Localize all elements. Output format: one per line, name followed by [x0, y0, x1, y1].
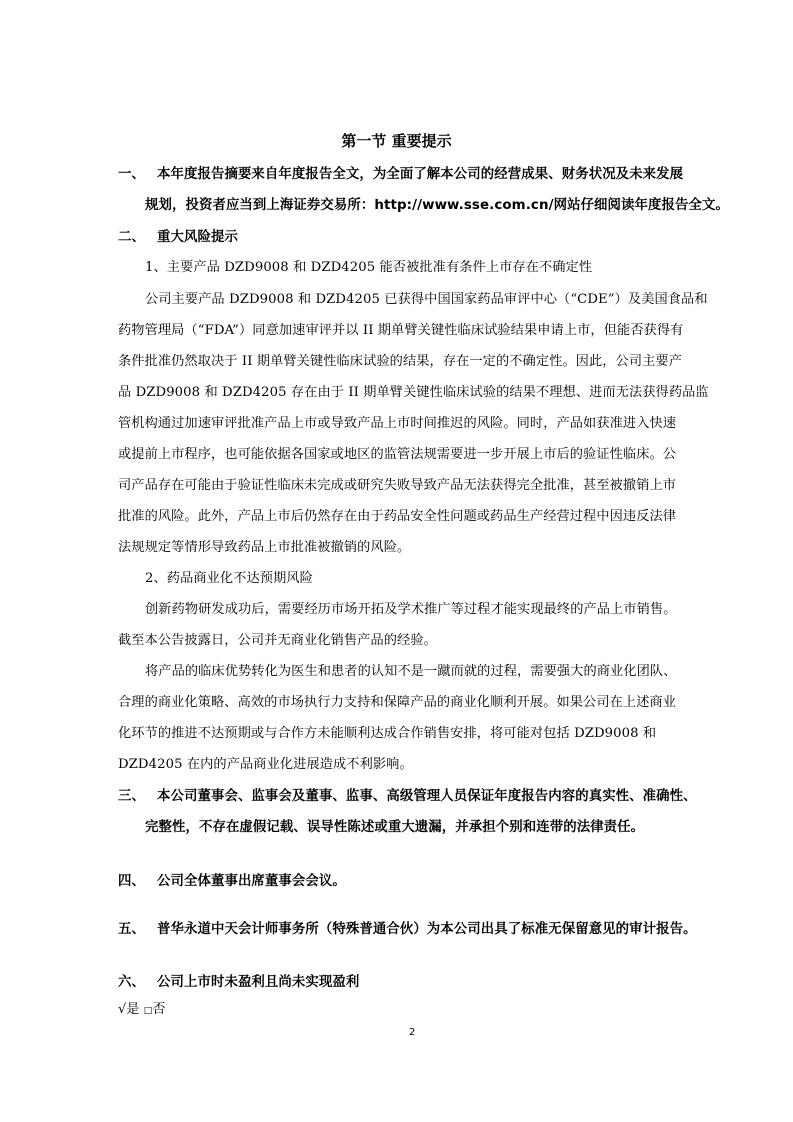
subsection-2-heading: 2、药品商业化不达预期风险 [145, 567, 313, 586]
section-1-line-1: 本年度报告摘要来自年度报告全文，为全面了解本公司的经营成果、财务状况及未来发展 [157, 163, 683, 182]
subsection-2-para1-line-2: 截至本公告披露日，公司并无商业化销售产品的经验。 [118, 629, 437, 648]
section-3-line-2: 完整性，不存在虚假记载、误导性陈述或重大遗漏，并承担个别和连带的法律责任。 [145, 816, 644, 835]
no-option-label: 否 [152, 1002, 165, 1017]
document-page: 第一节 重要提示 一、 本年度报告摘要来自年度报告全文，为全面了解本公司的经营成… [0, 0, 793, 1122]
section-6-number: 六、 [118, 971, 145, 990]
subsection-1-line-6: 或提前上市程序，也可能依据各国家或地区的监管法规需要进一步开展上市后的验证性临床… [118, 443, 676, 462]
subsection-2-para2-line-3: 化环节的推进不达预期或与合作方未能顺利达成合作销售安排，将可能对包括 DZD90… [118, 722, 656, 741]
subsection-2-para1-line-1: 创新药物研发成功后，需要经历市场开拓及学术推广等过程才能实现最终的产品上市销售。 [145, 598, 677, 617]
section-4-line-1: 公司全体董事出席董事会会议。 [157, 870, 346, 889]
section-1-line-2: 规划，投资者应当到上海证券交易所：http://www.sse.com.cn/网… [145, 194, 729, 213]
subsection-1-heading: 1、主要产品 DZD9008 和 DZD4205 能否被批准有条件上市存在不确定… [145, 256, 592, 275]
subsection-1-line-7: 司产品存在可能由于验证性临床未完成或研究失败导致产品无法获得完全批准，甚至被撤销… [118, 474, 676, 493]
page-number: 2 [409, 1027, 415, 1038]
section-5-number: 五、 [118, 918, 145, 937]
yes-option-label: 是 [126, 1002, 139, 1017]
section-6-line-1: 公司上市时未盈利且尚未实现盈利 [157, 971, 359, 990]
section-3-line-1: 本公司董事会、监事会及董事、监事、高级管理人员保证年度报告内容的真实性、准确性、 [157, 785, 697, 804]
subsection-1-line-9: 法规规定等情形导致药品上市批准被撤销的风险。 [118, 536, 410, 555]
section-5-line-1: 普华永道中天会计师事务所（特殊普通合伙）为本公司出具了标准无保留意见的审计报告。 [157, 918, 697, 937]
subsection-2-para2-line-1: 将产品的临床优势转化为医生和患者的认知不是一蹴而就的过程，需要强大的商业化团队、 [145, 660, 677, 679]
subsection-1-line-4: 品 DZD9008 和 DZD4205 存在由于 II 期单臂关键性临床试验的结… [118, 381, 709, 400]
section-3-number: 三、 [118, 785, 145, 804]
subsection-1-line-3: 条件批准仍然取决于 II 期单臂关键性临床试验的结果，存在一定的不确定性。因此，… [118, 350, 682, 369]
page-title: 第一节 重要提示 [0, 130, 793, 151]
subsection-2-para2-line-2: 合理的商业化策略、高效的市场执行力支持和保障产品的商业化顺利开展。如果公司在上述… [118, 691, 676, 710]
subsection-1-line-8: 批准的风险。此外，产品上市后仍然存在由于药品安全性问题或药品生产经营过程中因违反… [118, 505, 676, 524]
profitability-options: √是 □否 [118, 998, 165, 1017]
section-1-number: 一、 [118, 163, 145, 182]
subsection-1-line-2: 药物管理局（“FDA”）同意加速审评并以 II 期单臂关键性临床试验结果申请上市… [118, 319, 683, 338]
subsection-1-line-5: 管机构通过加速审评批准产品上市或导致产品上市时间推迟的风险。同时，产品如获准进入… [118, 412, 676, 431]
section-2-heading: 重大风险提示 [157, 226, 238, 245]
section-4-number: 四、 [118, 870, 145, 889]
subsection-2-para2-line-4: DZD4205 在内的产品商业化进展造成不利影响。 [118, 753, 413, 772]
subsection-1-line-1: 公司主要产品 DZD9008 和 DZD4205 已获得中国国家药品审评中心（“… [145, 288, 708, 307]
section-2-number: 二、 [118, 226, 145, 245]
